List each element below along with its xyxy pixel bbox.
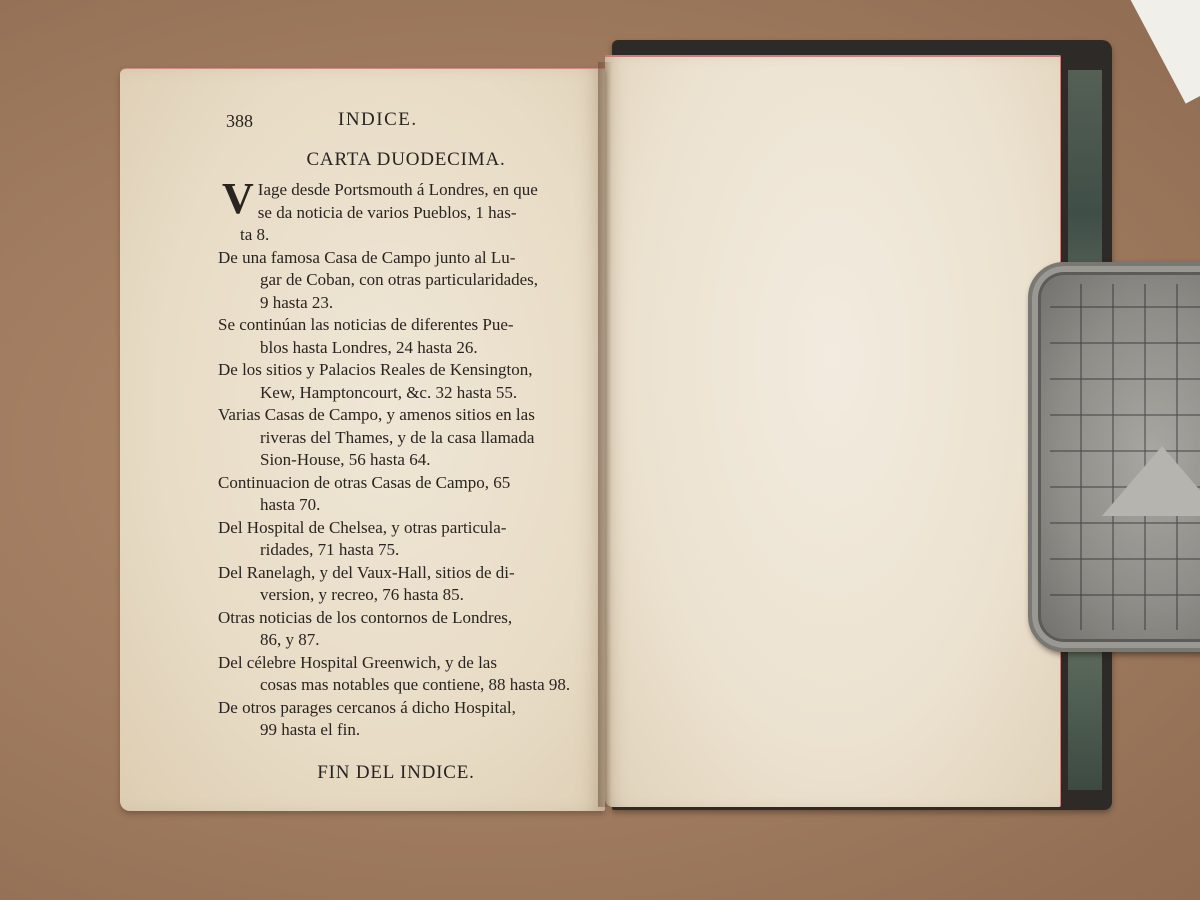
index-entry: V Iage desde Portsmouth á Londres, en qu… — [218, 179, 574, 247]
entry-line: Varias Casas de Campo, y amenos sitios e… — [218, 405, 535, 424]
index-entry: Se continúan las noticias de diferentes … — [218, 314, 574, 359]
left-page: 388 INDICE. CARTA DUODECIMA. V Iage desd… — [120, 68, 605, 811]
index-entries: V Iage desde Portsmouth á Londres, en qu… — [218, 179, 574, 742]
entry-line: Kew, Hamptoncourt, &c. 32 hasta 55. — [236, 382, 574, 405]
entry-line: hasta 70. — [236, 494, 574, 517]
entry-line: se da noticia de varios Pueblos, 1 has- — [258, 203, 517, 222]
entry-line: riveras del Thames, y de la casa llamada — [236, 427, 574, 450]
entry-line: Iage desde Portsmouth á Londres, en que — [258, 180, 538, 199]
entry-line: Del célebre Hospital Greenwich, y de las — [218, 653, 497, 672]
index-entry: De una famosa Casa de Campo junto al Lu-… — [218, 247, 574, 315]
entry-line: 86, y 87. — [236, 629, 574, 652]
index-entry: Varias Casas de Campo, y amenos sitios e… — [218, 404, 574, 472]
entry-line: version, y recreo, 76 hasta 85. — [236, 584, 574, 607]
blank-right-page — [605, 55, 1061, 807]
index-entry: Del célebre Hospital Greenwich, y de las… — [218, 652, 574, 697]
drop-cap: V — [222, 181, 254, 217]
entry-line: Del Ranelagh, y del Vaux-Hall, sitios de… — [218, 563, 515, 582]
entry-line: 9 hasta 23. — [236, 292, 574, 315]
clasp-house-relief-icon — [1102, 446, 1200, 516]
end-title: FIN DEL INDICE. — [218, 762, 574, 784]
chapter-title: CARTA DUODECIMA. — [238, 149, 574, 171]
page-number: 388 — [226, 111, 253, 132]
index-entry: De los sitios y Palacios Reales de Kensi… — [218, 359, 574, 404]
entry-line: Continuacion de otras Casas de Campo, 65 — [218, 473, 510, 492]
index-entry: De otros parages cercanos á dicho Hospit… — [218, 697, 574, 742]
book-gutter — [598, 62, 612, 807]
running-head: INDICE. — [338, 109, 418, 131]
entry-line: cosas mas notables que contiene, 88 hast… — [236, 674, 574, 697]
index-entry: Del Hospital de Chelsea, y otras particu… — [218, 517, 574, 562]
entry-line: gar de Coban, con otras particularidades… — [236, 269, 574, 292]
index-entry: Otras noticias de los contornos de Londr… — [218, 607, 574, 652]
entry-line: ta 8. — [240, 225, 269, 244]
entry-line: ridades, 71 hasta 75. — [236, 539, 574, 562]
index-entry: Del Ranelagh, y del Vaux-Hall, sitios de… — [218, 562, 574, 607]
entry-line: Del Hospital de Chelsea, y otras particu… — [218, 518, 506, 537]
entry-line: 99 hasta el fin. — [236, 719, 574, 742]
entry-line: blos hasta Londres, 24 hasta 26. — [236, 337, 574, 360]
entry-line: De los sitios y Palacios Reales de Kensi… — [218, 360, 532, 379]
entry-line: Otras noticias de los contornos de Londr… — [218, 608, 512, 627]
index-entry: Continuacion de otras Casas de Campo, 65… — [218, 472, 574, 517]
paper-sheet-corner — [1120, 0, 1200, 104]
page-header: 388 INDICE. — [218, 109, 574, 135]
metal-clasp — [1028, 262, 1200, 652]
entry-line: Sion-House, 56 hasta 64. — [236, 449, 574, 472]
entry-line: De otros parages cercanos á dicho Hospit… — [218, 698, 516, 717]
entry-line: De una famosa Casa de Campo junto al Lu- — [218, 248, 515, 267]
entry-line: Se continúan las noticias de diferentes … — [218, 315, 514, 334]
page-text-block: 388 INDICE. CARTA DUODECIMA. V Iage desd… — [218, 109, 574, 784]
